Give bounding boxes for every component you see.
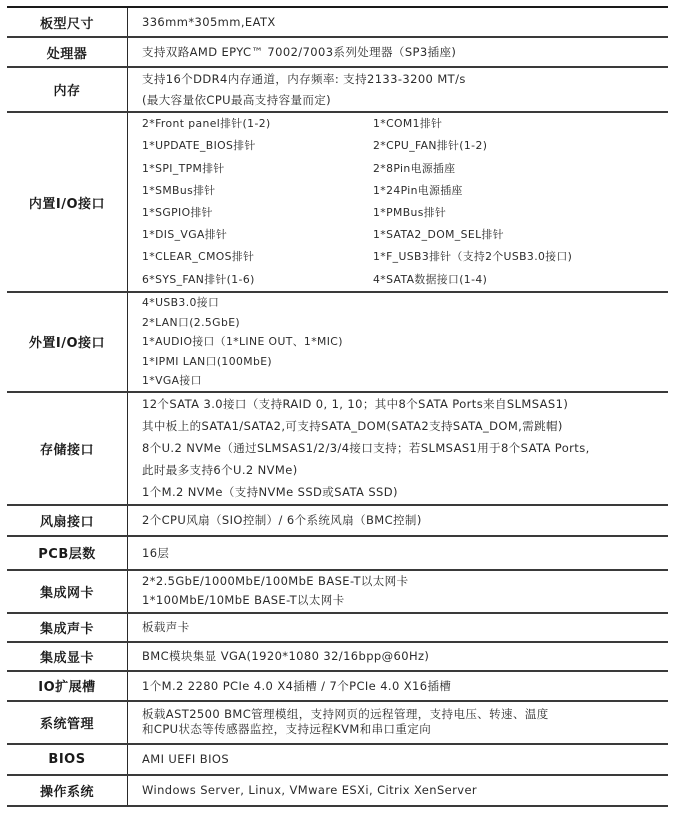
value-line: 1*AUDIO接口（1*LINE OUT、1*MIC) [142, 332, 668, 352]
row-label: BIOS [7, 744, 128, 775]
row-label: IO扩展槽 [7, 671, 128, 701]
row-value: 支持双路AMD EPYC™ 7002/7003系列处理器（SP3插座) [128, 37, 669, 67]
io-item: 1*F_USB3排针（支持2个USB3.0接口) [373, 246, 653, 268]
io-item: 1*COM1排针 [373, 113, 653, 135]
row-value: 2个CPU风扇（SIO控制）/ 6个系统风扇（BMC控制) [128, 505, 669, 536]
value-line: 2*2.5GbE/1000MbE/100MbE BASE-T以太网卡 [142, 572, 668, 591]
row-label: 板型尺寸 [7, 7, 128, 37]
value-line: 其中板上的SATA1/SATA2,可支持SATA_DOM(SATA2支持SATA… [142, 415, 668, 437]
internal-io-grid: 2*Front panel排针(1-2) 1*COM1排针 1*UPDATE_B… [142, 113, 668, 291]
io-item: 1*PMBus排针 [373, 202, 653, 224]
value-line: 8个U.2 NVMe（通过SLMSAS1/2/3/4接口支持；若SLMSAS1用… [142, 437, 668, 459]
io-item: 1*SATA2_DOM_SEL排针 [373, 224, 653, 246]
row-value: 336mm*305mm,EATX [128, 7, 669, 37]
row-value: 12个SATA 3.0接口（支持RAID 0, 1, 10；其中8个SATA P… [128, 392, 669, 505]
value-line: 1个M.2 NVMe（支持NVMe SSD或SATA SSD) [142, 481, 668, 503]
row-storage: 存储接口 12个SATA 3.0接口（支持RAID 0, 1, 10；其中8个S… [7, 392, 668, 505]
value-line: 板载声卡 [142, 616, 668, 638]
value-line: 1*VGA接口 [142, 371, 668, 391]
io-item: 1*CLEAR_CMOS排针 [142, 246, 373, 268]
row-value: 板载AST2500 BMC管理模组，支持网页的远程管理，支持电压、转速、温度 和… [128, 701, 669, 744]
row-label: 内置I/O接口 [7, 112, 128, 292]
row-label: 集成网卡 [7, 570, 128, 613]
row-value: 2*2.5GbE/1000MbE/100MbE BASE-T以太网卡 1*100… [128, 570, 669, 613]
value-line: 336mm*305mm,EATX [142, 11, 668, 33]
row-value: BMC模块集显 VGA(1920*1080 32/16bpp@60Hz) [128, 642, 669, 671]
row-value: 16层 [128, 536, 669, 570]
row-label: 处理器 [7, 37, 128, 67]
spec-table: 板型尺寸 336mm*305mm,EATX 处理器 支持双路AMD EPYC™ … [7, 6, 668, 807]
value-line: 板载AST2500 BMC管理模组，支持网页的远程管理，支持电压、转速、温度 [142, 707, 668, 722]
value-line: Windows Server, Linux, VMware ESXi, Citr… [142, 779, 668, 801]
value-line: BMC模块集显 VGA(1920*1080 32/16bpp@60Hz) [142, 645, 668, 667]
io-item: 1*SMBus排针 [142, 180, 373, 202]
value-line: 16层 [142, 542, 668, 564]
row-value: Windows Server, Linux, VMware ESXi, Citr… [128, 775, 669, 806]
value-line: (最大容量依CPU最高支持容量而定) [142, 90, 668, 110]
row-value: 支持16个DDR4内存通道，内存频率: 支持2133-3200 MT/s (最大… [128, 67, 669, 112]
row-audio: 集成声卡 板载声卡 [7, 613, 668, 642]
row-value: 1个M.2 2280 PCIe 4.0 X4插槽 / 7个PCIe 4.0 X1… [128, 671, 669, 701]
row-value: 4*USB3.0接口 2*LAN口(2.5GbE) 1*AUDIO接口（1*LI… [128, 292, 669, 392]
value-line: 12个SATA 3.0接口（支持RAID 0, 1, 10；其中8个SATA P… [142, 393, 668, 415]
value-line: 2个CPU风扇（SIO控制）/ 6个系统风扇（BMC控制) [142, 509, 668, 531]
value-line: 和CPU状态等传感器监控，支持远程KVM和串口重定向 [142, 722, 668, 737]
row-fan: 风扇接口 2个CPU风扇（SIO控制）/ 6个系统风扇（BMC控制) [7, 505, 668, 536]
io-item: 2*CPU_FAN排针(1-2) [373, 135, 653, 157]
row-label: 集成显卡 [7, 642, 128, 671]
row-pcb-layers: PCB层数 16层 [7, 536, 668, 570]
value-line: 支持16个DDR4内存通道，内存频率: 支持2133-3200 MT/s [142, 69, 668, 89]
value-line: 4*USB3.0接口 [142, 293, 668, 313]
row-label: 内存 [7, 67, 128, 112]
row-value: 板载声卡 [128, 613, 669, 642]
value-line: 1*IPMI LAN口(100MbE) [142, 352, 668, 372]
row-value: AMI UEFI BIOS [128, 744, 669, 775]
row-label: 系统管理 [7, 701, 128, 744]
io-item: 1*24Pin电源插座 [373, 180, 653, 202]
row-value: 2*Front panel排针(1-2) 1*COM1排针 1*UPDATE_B… [128, 112, 669, 292]
row-label: PCB层数 [7, 536, 128, 570]
row-label: 存储接口 [7, 392, 128, 505]
io-item: 6*SYS_FAN排针(1-6) [142, 269, 373, 291]
row-external-io: 外置I/O接口 4*USB3.0接口 2*LAN口(2.5GbE) 1*AUDI… [7, 292, 668, 392]
row-label: 集成声卡 [7, 613, 128, 642]
row-os: 操作系统 Windows Server, Linux, VMware ESXi,… [7, 775, 668, 806]
value-line: 支持双路AMD EPYC™ 7002/7003系列处理器（SP3插座) [142, 41, 668, 63]
row-internal-io: 内置I/O接口 2*Front panel排针(1-2) 1*COM1排针 1*… [7, 112, 668, 292]
row-board-size: 板型尺寸 336mm*305mm,EATX [7, 7, 668, 37]
io-item: 1*DIS_VGA排针 [142, 224, 373, 246]
value-line: AMI UEFI BIOS [142, 748, 668, 770]
row-bios: BIOS AMI UEFI BIOS [7, 744, 668, 775]
row-processor: 处理器 支持双路AMD EPYC™ 7002/7003系列处理器（SP3插座) [7, 37, 668, 67]
row-label: 外置I/O接口 [7, 292, 128, 392]
row-label: 风扇接口 [7, 505, 128, 536]
row-memory: 内存 支持16个DDR4内存通道，内存频率: 支持2133-3200 MT/s … [7, 67, 668, 112]
row-nic: 集成网卡 2*2.5GbE/1000MbE/100MbE BASE-T以太网卡 … [7, 570, 668, 613]
io-item: 1*SGPIO排针 [142, 202, 373, 224]
row-label: 操作系统 [7, 775, 128, 806]
io-item: 1*UPDATE_BIOS排针 [142, 135, 373, 157]
row-expansion-slots: IO扩展槽 1个M.2 2280 PCIe 4.0 X4插槽 / 7个PCIe … [7, 671, 668, 701]
io-item: 2*8Pin电源插座 [373, 158, 653, 180]
row-graphics: 集成显卡 BMC模块集显 VGA(1920*1080 32/16bpp@60Hz… [7, 642, 668, 671]
io-item: 1*SPI_TPM排针 [142, 158, 373, 180]
value-line: 1个M.2 2280 PCIe 4.0 X4插槽 / 7个PCIe 4.0 X1… [142, 675, 668, 697]
row-system-management: 系统管理 板载AST2500 BMC管理模组，支持网页的远程管理，支持电压、转速… [7, 701, 668, 744]
value-line: 此时最多支持6个U.2 NVMe) [142, 459, 668, 481]
io-item: 4*SATA数据接口(1-4) [373, 269, 653, 291]
value-line: 1*100MbE/10MbE BASE-T以太网卡 [142, 591, 668, 610]
io-item: 2*Front panel排针(1-2) [142, 113, 373, 135]
value-line: 2*LAN口(2.5GbE) [142, 313, 668, 333]
